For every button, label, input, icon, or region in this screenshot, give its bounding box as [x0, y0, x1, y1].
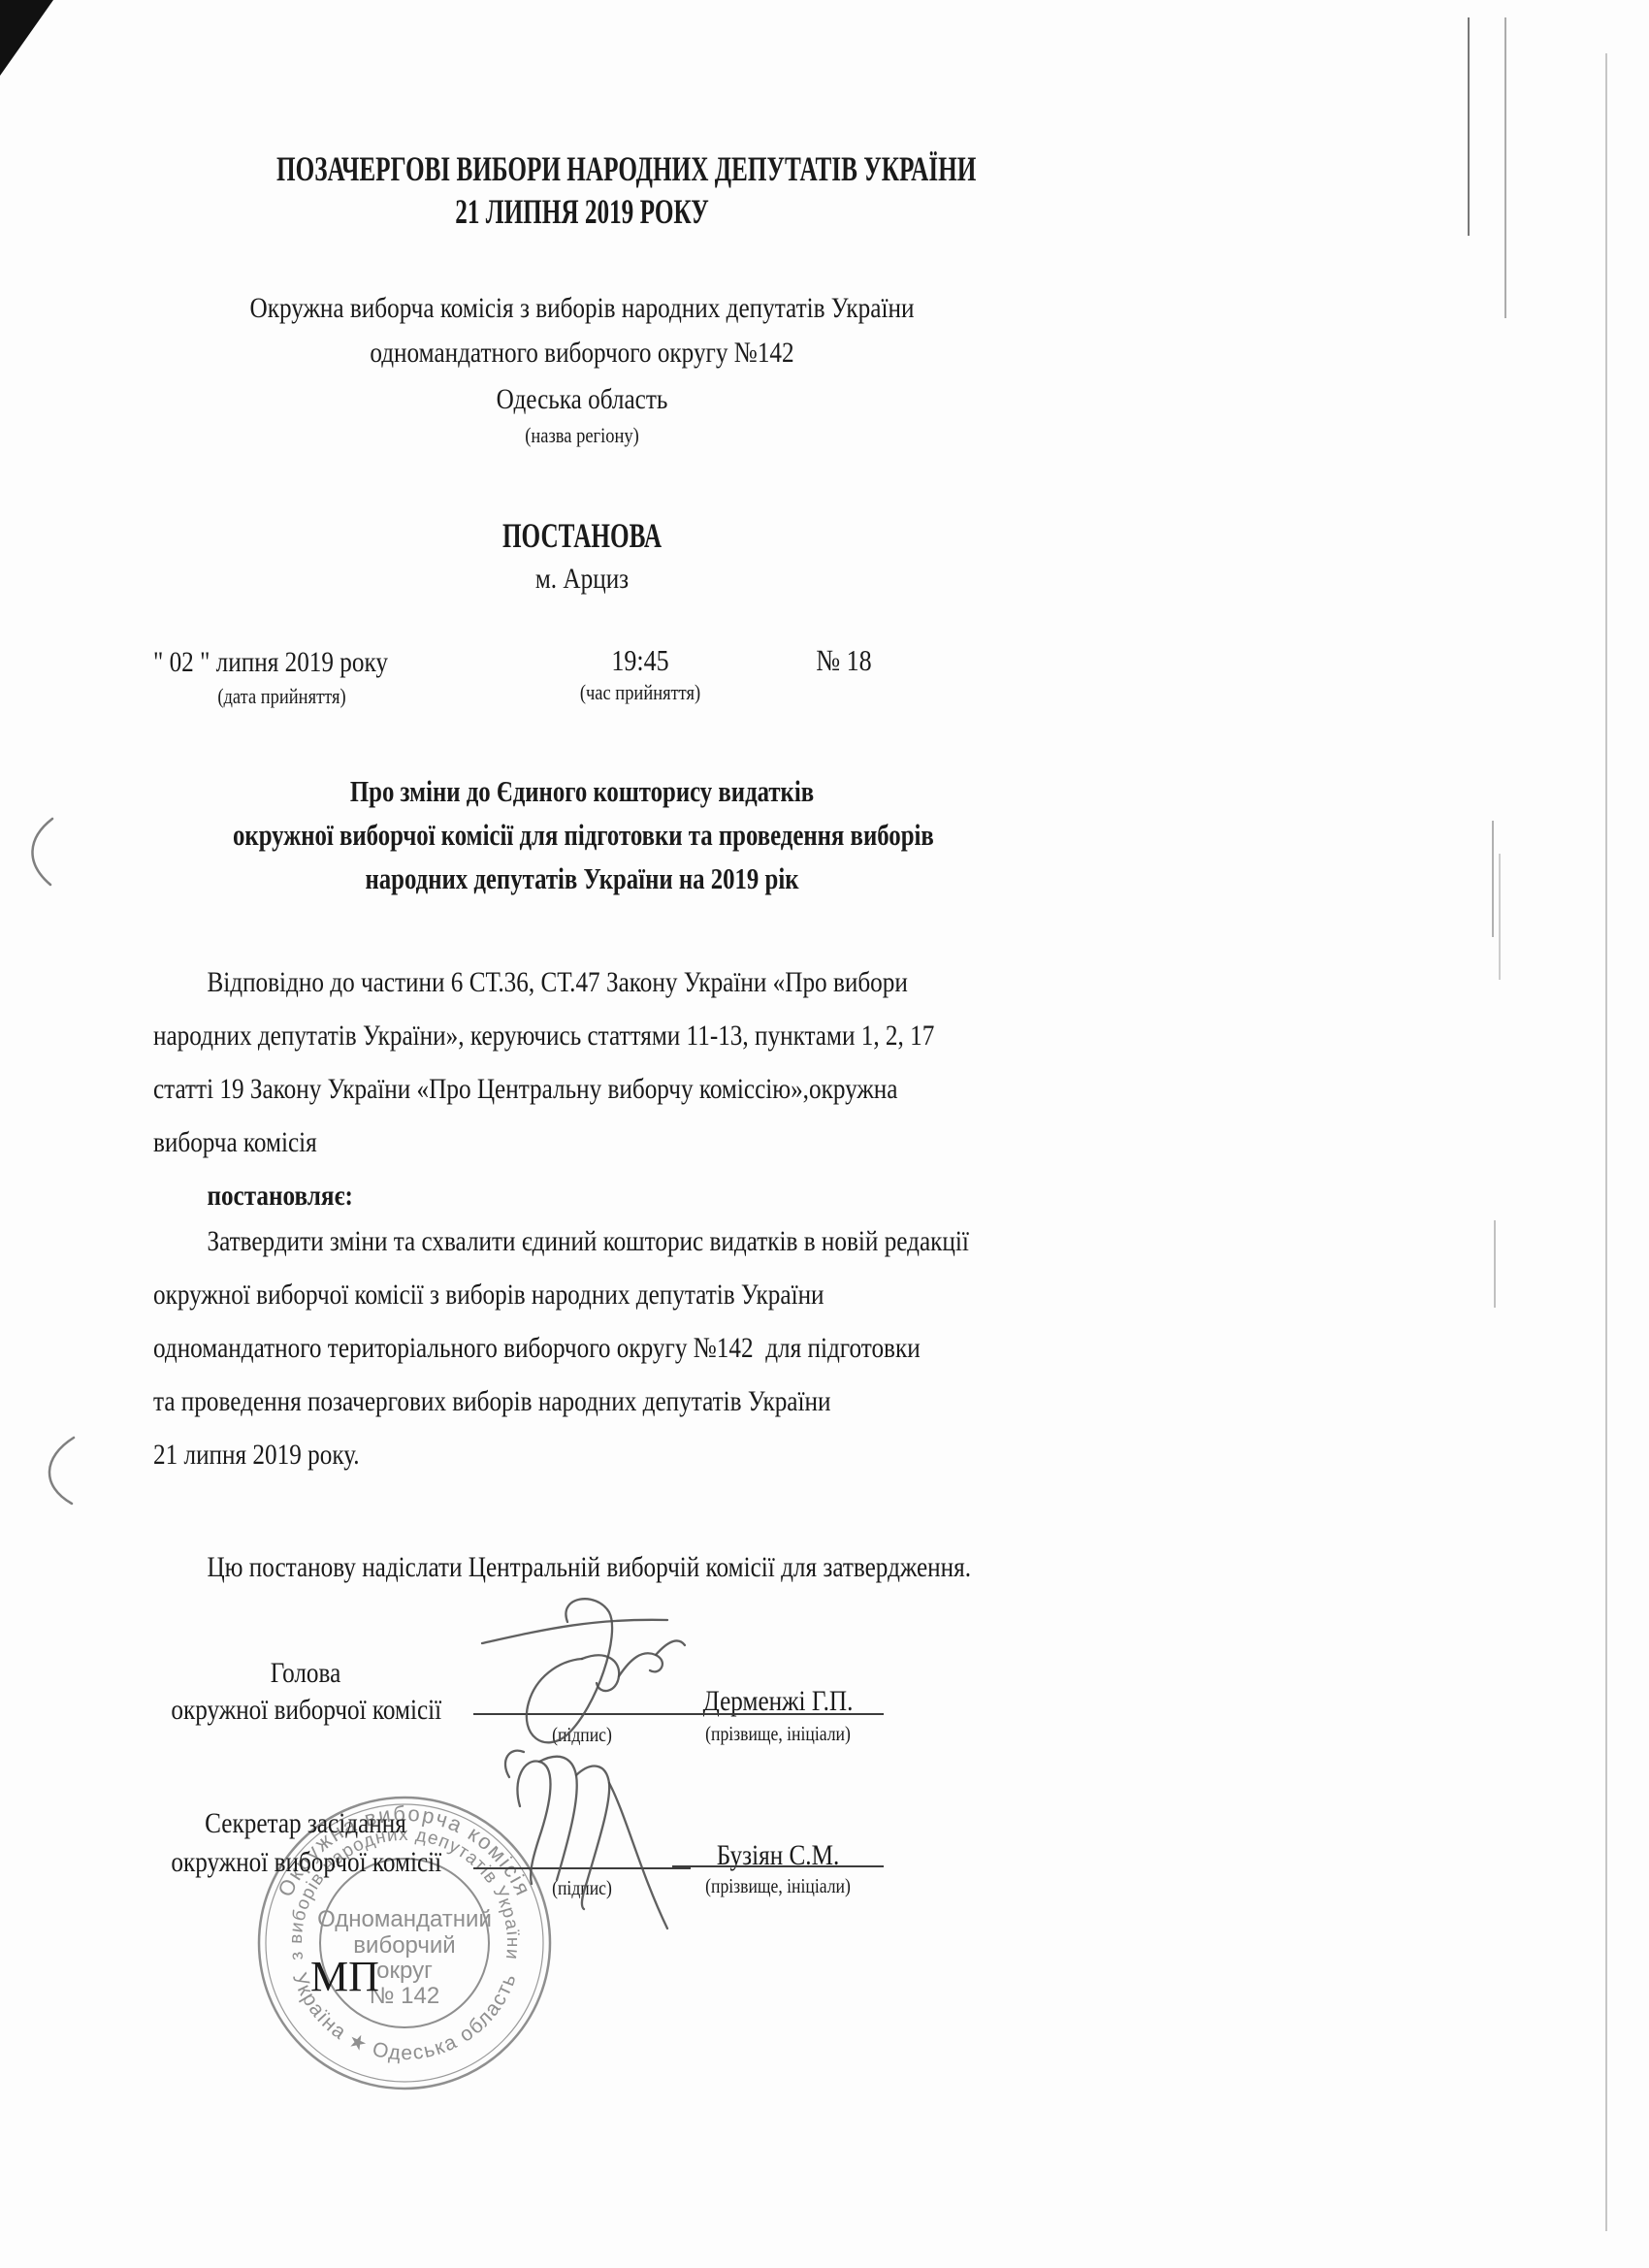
chairman-handwritten-signature	[456, 1581, 708, 1766]
adoption-time-caption: (час прийняття)	[526, 680, 754, 705]
paragraph1-line: Відповідно до частини 6 СТ.36, СТ.47 Зак…	[153, 956, 908, 1009]
subject-line-1: Про зміни до Єдиного кошторису видатків	[233, 772, 931, 811]
resolution-number: № 18	[779, 641, 909, 680]
stamp-center-line1: Одномандатний	[317, 1906, 492, 1932]
subject-line-2: окружної виборчої комісії для підготовки…	[233, 816, 931, 855]
document-type-heading: ПОСТАНОВА	[276, 514, 888, 557]
adoption-time: 19:45	[526, 641, 754, 680]
scanned-document-page: Окружна виборча комісія з виборів народн…	[0, 0, 1649, 2268]
secretary-name-caption: (прізвище, ініціали)	[689, 1874, 866, 1898]
scan-line-artifact	[1499, 854, 1501, 980]
chairman-role-line-2: окружної виборчої комісії	[171, 1691, 439, 1730]
city-name: м. Арциз	[215, 560, 949, 599]
election-title-line-2: 21 ЛИПНЯ 2019 РОКУ	[276, 190, 888, 233]
scan-line-artifact	[1468, 17, 1470, 236]
paragraph2-line: окружної виборчої комісії з виборів наро…	[153, 1268, 824, 1321]
region-name: Одеська область	[215, 380, 949, 419]
scan-line-artifact	[1504, 17, 1506, 318]
secretary-name: Бузіян С.М.	[689, 1836, 866, 1875]
region-caption: (назва регіону)	[215, 423, 949, 448]
paragraph2-line: та проведення позачергових виборів народ…	[153, 1375, 830, 1428]
stamp-center-line3: округ	[376, 1958, 433, 1984]
paragraph2-line: 21 липня 2019 року.	[153, 1428, 360, 1481]
seal-place-mark: МП	[310, 1954, 379, 2000]
chairman-name: Дерменжі Г.П.	[689, 1682, 866, 1721]
chairman-role-line-1: Голова	[171, 1654, 439, 1693]
paragraph1-line: статті 19 Закону України «Про Центральну…	[153, 1062, 897, 1116]
paragraph2-line: Затвердити зміни та схвалити єдиний кошт…	[153, 1215, 969, 1268]
stamp-center-line4: № 142	[370, 1983, 439, 2009]
election-title-line-1: ПОЗАЧЕРГОВІ ВИБОРИ НАРОДНИХ ДЕПУТАТІВ УК…	[276, 147, 888, 190]
scan-line-artifact	[1605, 53, 1607, 2231]
scan-line-artifact	[1492, 821, 1494, 937]
paragraph1-line: народних депутатів України», керуючись с…	[153, 1009, 934, 1062]
subject-line-3: народних депутатів України на 2019 рік	[233, 859, 931, 898]
secretary-role-line-1: Секретар засідання	[171, 1804, 439, 1843]
scan-line-artifact	[1494, 1220, 1496, 1308]
secretary-handwritten-signature	[490, 1741, 684, 1940]
commission-name-line-1: Окружна виборча комісія з виборів народн…	[215, 289, 949, 328]
scan-arc-artifact	[12, 813, 70, 891]
paragraph2-line: одномандатного територіального виборчого…	[153, 1321, 921, 1375]
chairman-name-caption: (прізвище, ініціали)	[689, 1722, 866, 1746]
secretary-role-line-2: окружної виборчої комісії	[171, 1843, 439, 1882]
adoption-date: " 02 " липня 2019 року	[153, 643, 388, 682]
scan-corner-artifact	[0, 0, 53, 76]
adoption-date-caption: (дата прийняття)	[174, 684, 390, 709]
secretary-name-underline	[672, 1865, 884, 1867]
paragraph1-line: виборча комісія	[153, 1116, 317, 1169]
commission-name-line-2: одномандатного виборчого округу №142	[215, 334, 949, 373]
scan-arc-artifact	[29, 1434, 97, 1511]
